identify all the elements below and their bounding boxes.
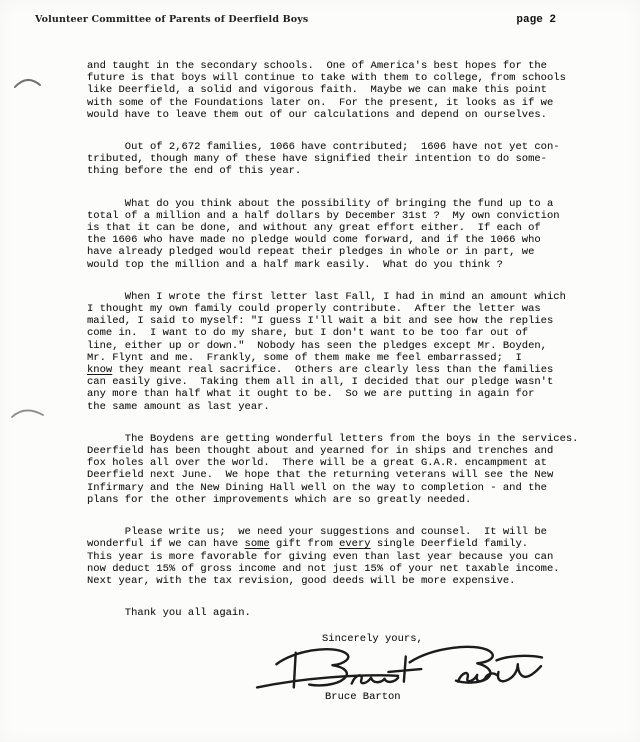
typed-signature-name: Bruce Barton xyxy=(325,691,640,703)
paragraph-text: Thank you all again. xyxy=(87,607,251,619)
margin-curl-mark-icon xyxy=(10,404,46,419)
closing-block: Sincerely yours, Bruce Barton xyxy=(87,633,640,702)
letter-paragraph: What do you think about the possibility … xyxy=(87,198,640,271)
page-number: page 2 xyxy=(516,14,556,26)
letter-paragraph: The Boydens are getting wonderful letter… xyxy=(87,433,640,506)
paragraph-text: When I wrote the first letter last Fall,… xyxy=(87,291,566,364)
letter-paragraph: Please write us; we need your suggestion… xyxy=(87,526,640,587)
margin-curl-mark-icon xyxy=(13,74,43,90)
letter-paragraph: and taught in the secondary schools. One… xyxy=(87,60,640,121)
paragraph-text: they meant real sacrifice. Others are cl… xyxy=(87,364,553,413)
paragraph-text: gift from xyxy=(270,538,339,550)
page-header: Volunteer Committee of Parents of Deerfi… xyxy=(0,0,640,26)
underlined-word: some xyxy=(245,538,270,550)
paragraph-text: and taught in the secondary schools. One… xyxy=(87,60,566,121)
paragraph-text: Out of 2,672 families, 1066 have contrib… xyxy=(87,141,560,177)
paragraph-text: The Boydens are getting wonderful letter… xyxy=(87,433,578,506)
underlined-word: every xyxy=(339,538,371,550)
letter-paragraph: Thank you all again. xyxy=(87,607,640,619)
letter-paragraph: Out of 2,672 families, 1066 have contrib… xyxy=(87,141,640,178)
letter-body: and taught in the secondary schools. One… xyxy=(87,60,640,619)
letter-page: Volunteer Committee of Parents of Deerfi… xyxy=(0,0,640,742)
letter-paragraph: When I wrote the first letter last Fall,… xyxy=(87,291,640,413)
underlined-word: know xyxy=(87,364,112,376)
paragraph-text: What do you think about the possibility … xyxy=(87,198,560,271)
letterhead-committee: Volunteer Committee of Parents of Deerfi… xyxy=(35,14,308,25)
